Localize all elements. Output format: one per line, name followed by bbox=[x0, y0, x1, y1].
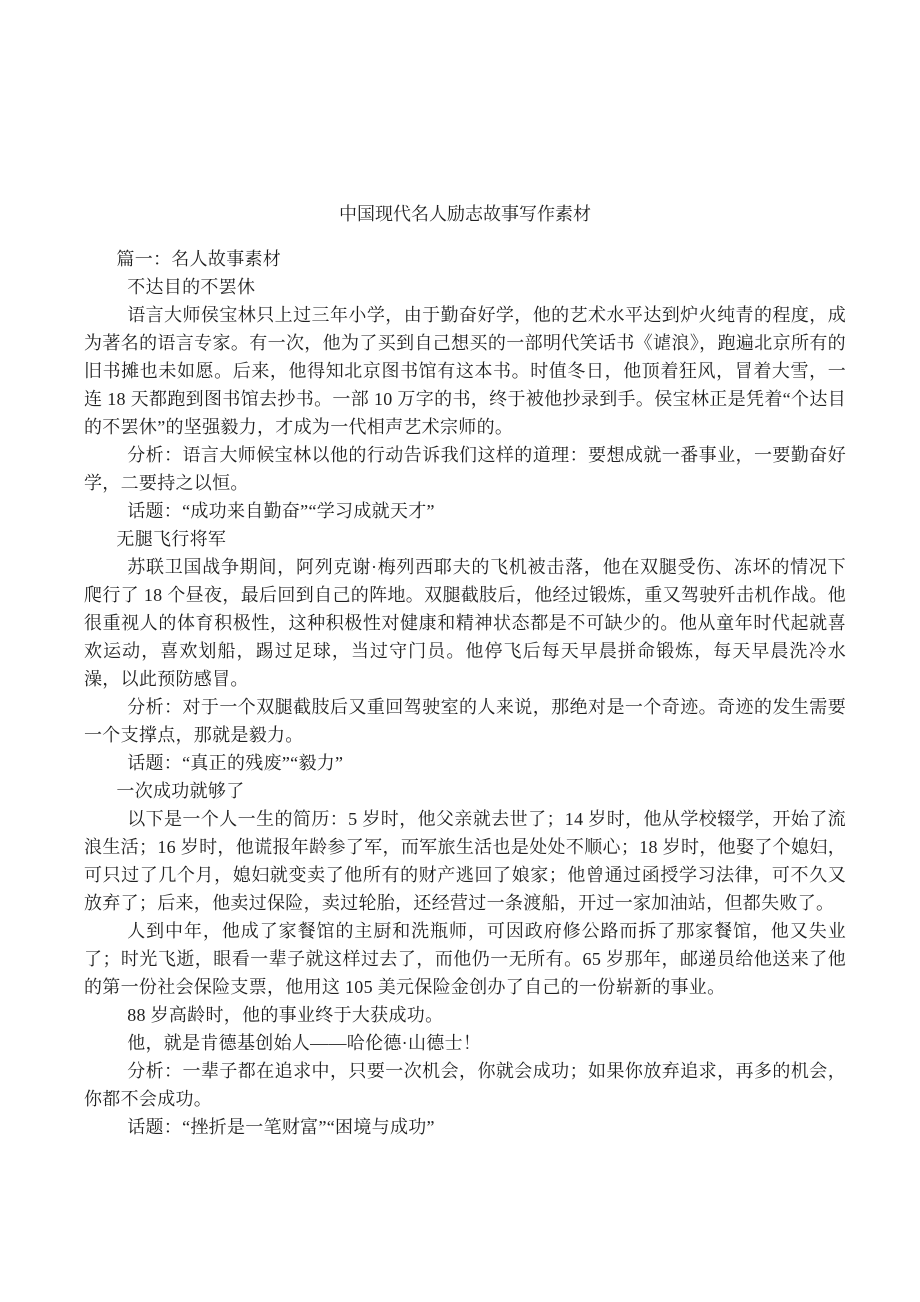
paragraph-sanders-analysis: 分析：一辈子都在追求中，只要一次机会，你就会成功；如果你放弃追求，再多的机会，你… bbox=[84, 1057, 846, 1113]
document-page: 中国现代名人励志故事写作素材 篇一：名人故事素材 不达目的不罢休 语言大师侯宝林… bbox=[0, 0, 920, 1302]
paragraph-houbaolin-analysis: 分析：语言大师候宝林以他的行动告诉我们这样的道理：要想成就一番事业，一要勤奋好学… bbox=[84, 441, 846, 497]
section-heading: 篇一：名人故事素材 bbox=[84, 245, 846, 273]
paragraph-pilot-analysis: 分析：对于一个双腿截肢后又重回驾驶室的人来说，那绝对是一个奇迹。奇迹的发生需要一… bbox=[84, 693, 846, 749]
story-heading-legless-pilot: 无腿飞行将军 bbox=[84, 525, 846, 553]
document-title: 中国现代名人励志故事写作素材 bbox=[84, 200, 846, 228]
paragraph-sanders-identity: 他，就是肯德基创始人——哈伦德·山德士！ bbox=[84, 1029, 846, 1057]
paragraph-sanders-success: 88 岁高龄时，他的事业终于大获成功。 bbox=[84, 1001, 846, 1029]
paragraph-houbaolin-story: 语言大师侯宝林只上过三年小学，由于勤奋好学，他的艺术水平达到炉火纯青的程度，成为… bbox=[84, 301, 846, 441]
paragraph-houbaolin-topic: 话题：“成功来自勤奋”“学习成就天才” bbox=[84, 497, 846, 525]
story-heading-budamudi: 不达目的不罢休 bbox=[84, 273, 846, 301]
paragraph-sanders-midlife: 人到中年，他成了家餐馆的主厨和洗瓶师，可因政府修公路而拆了那家餐馆，他又失业了；… bbox=[84, 917, 846, 1001]
story-heading-one-success: 一次成功就够了 bbox=[84, 777, 846, 805]
paragraph-pilot-topic: 话题：“真正的残废”“毅力” bbox=[84, 749, 846, 777]
paragraph-pilot-story: 苏联卫国战争期间，阿列克谢·梅列西耶夫的飞机被击落，他在双腿受伤、冻坏的情况下爬… bbox=[84, 553, 846, 693]
paragraph-sanders-topic: 话题：“挫折是一笔财富”“困境与成功” bbox=[84, 1113, 846, 1141]
paragraph-sanders-resume: 以下是一个人一生的简历：5 岁时，他父亲就去世了；14 岁时，他从学校辍学，开始… bbox=[84, 805, 846, 917]
